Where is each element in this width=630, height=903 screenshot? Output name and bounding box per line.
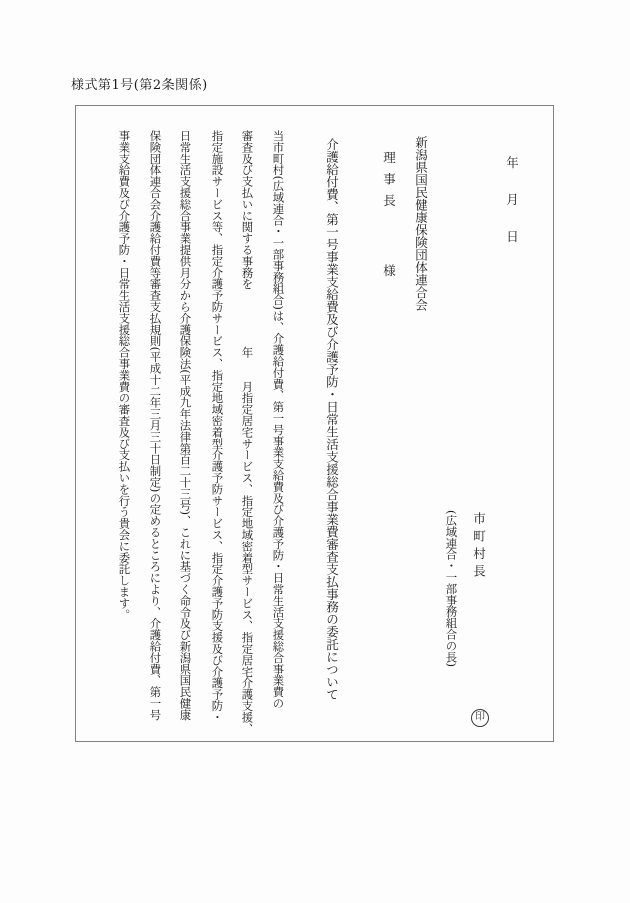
sender-title: 市町村長 <box>472 512 485 582</box>
body-column-6: 事業支給費及び介護予防・日常生活支援総合事業費の審査及び支払いを行う貴会に委託し… <box>118 130 129 620</box>
body-column-3: 指定施設サービス等、指定介護予防サービス、指定地域密着型介護予防サービス、指定介… <box>211 130 222 723</box>
letter-frame: 年 月 日 新潟県国民健康保険団体連合会 理事長 様 介護給付費、第一号事業支給… <box>75 105 554 742</box>
document-page: 様式第1号(第2条関係) 年 月 日 新潟県国民健康保険団体連合会 理事長 様 … <box>0 0 630 903</box>
seal-stamp-icon: 印 <box>471 709 489 727</box>
body-column-1: 当市町村(広域連合・一部事務組合)は、介護給付費、第一号事業支給費及び介護予防・… <box>272 130 283 709</box>
addressee-title: 理事長 <box>382 151 395 216</box>
body-column-5: 保険団体連合会介護給付費等審査支払規則(平成十二年三月三十日制定)の定めるところ… <box>149 130 160 720</box>
body-column-4: 日常生活支援総合事業提供月分から介護保険法(平成九年法律第百二十三号)、これに基… <box>179 130 190 720</box>
body-column-2: 審査及び支払いに関する事務を 年 月指定居宅サービス、指定地域密着型サービス、指… <box>241 130 252 734</box>
seal-character: 印 <box>475 713 485 723</box>
addressee-honorific: 様 <box>382 264 395 277</box>
addressee-organization: 新潟県国民健康保険団体連合会 <box>414 136 427 311</box>
form-number-label: 様式第1号(第2条関係) <box>71 74 208 93</box>
document-subject: 介護給付費、第一号事業支給費及び介護予防・日常生活支援総合事業費審査支払事務の委… <box>325 138 338 701</box>
date-line: 年 月 日 <box>505 156 518 249</box>
sender-note: (広域連合・一部事務組合の長) <box>445 510 456 667</box>
